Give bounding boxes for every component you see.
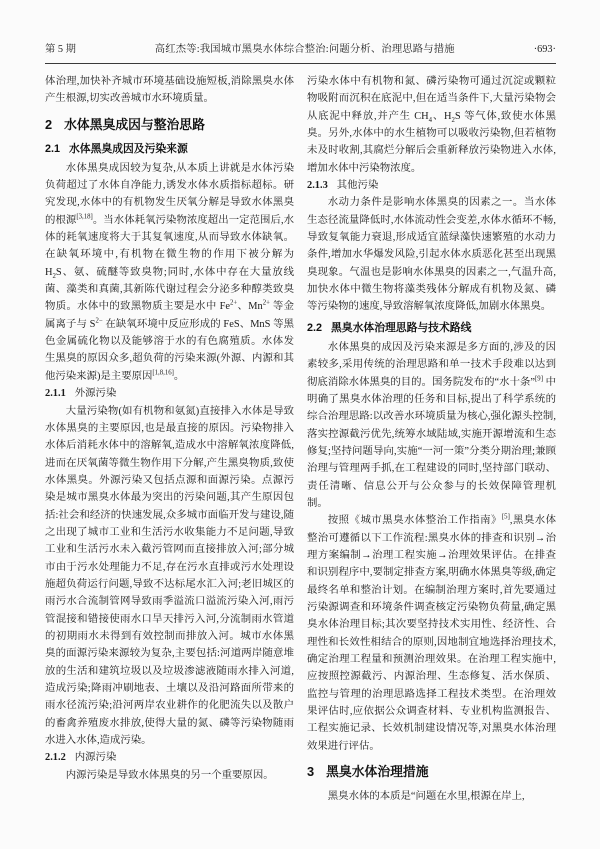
paragraph: 水体黑臭的成因及污染来源是多方面的,涉及的因素较多,采用传统的治理思路和单一技术… <box>307 339 556 512</box>
heading-number: 2.1.1 <box>45 388 66 399</box>
paragraph: 污染水体中有机物和氮、磷污染物可通过沉淀或颗粒物吸附而沉积在底泥中,但在适当条件… <box>307 73 556 177</box>
superscript: [5] <box>502 514 510 521</box>
superscript: [3,18] <box>76 213 92 220</box>
heading-text: 内源污染 <box>75 752 117 763</box>
section-heading: 2水体黑臭成因与整治思路 <box>45 116 294 134</box>
paragraph: 水体黑臭成因较为复杂,从本质上讲就是水体污染负荷超过了水体自净能力,诱发水体水质… <box>45 160 294 385</box>
left-column: 体治理,加快补齐城市环境基础设施短板,消除黑臭水体产生根源,切实改善城市水环境质… <box>45 73 294 805</box>
header-rule <box>45 63 556 64</box>
right-column: 污染水体中有机物和氮、磷污染物可通过沉淀或颗粒物吸附而沉积在底泥中,但在适当条件… <box>307 73 556 805</box>
paragraph: 大量污染物(如有机物和氨氮)直接排入水体是导致水体黑臭的主要原因,也是最直接的原… <box>45 403 294 750</box>
superscript: 2+ <box>230 300 237 307</box>
paragraph: 体治理,加快补齐城市环境基础设施短板,消除黑臭水体产生根源,切实改善城市水环境质… <box>45 73 294 108</box>
superscript: [1,8,16] <box>152 369 174 376</box>
heading-number: 2.2 <box>307 322 322 334</box>
heading-text: 其他污染 <box>337 180 379 191</box>
journal-issue: 第 5 期 <box>45 44 76 56</box>
section-heading: 2.1.3其他污染 <box>307 177 556 194</box>
heading-text: 水体黑臭成因及污染来源 <box>69 143 188 155</box>
heading-text: 外源污染 <box>75 388 117 399</box>
section-heading: 2.2黑臭水体治理思路与技术路线 <box>307 320 556 336</box>
superscript: 2− <box>95 317 102 324</box>
paragraph: 黑臭水体的本质是“问题在水里,根源在岸上, <box>307 788 556 805</box>
section-heading: 3黑臭水体治理措施 <box>307 763 556 781</box>
running-header: 第 5 期 高红杰等:我国城市黑臭水体综合整治:问题分析、治理思路与措施 ·69… <box>45 44 556 56</box>
heading-number: 2.1.2 <box>45 752 66 763</box>
heading-text: 黑臭水体治理思路与技术路线 <box>331 322 471 334</box>
section-heading: 2.1.1外源污染 <box>45 385 294 402</box>
paper-page: 第 5 期 高红杰等:我国城市黑臭水体综合整治:问题分析、治理思路与措施 ·69… <box>0 0 600 849</box>
heading-text: 黑臭水体治理措施 <box>326 764 428 779</box>
article-body: 体治理,加快补齐城市环境基础设施短板,消除黑臭水体产生根源,切实改善城市水环境质… <box>45 73 556 805</box>
subscript: 2 <box>53 273 56 280</box>
superscript: 2+ <box>263 300 270 307</box>
running-title: 高红杰等:我国城市黑臭水体综合整治:问题分析、治理思路与措施 <box>76 44 534 56</box>
heading-number: 3 <box>307 764 314 779</box>
paragraph: 水动力条件是影响水体黑臭的因素之一。当水体生态径流量降低时,水体流动性会变差,水… <box>307 194 556 315</box>
subscript: 2 <box>452 117 455 124</box>
heading-number: 2 <box>45 117 52 132</box>
heading-text: 水体黑臭成因与整治思路 <box>64 117 205 132</box>
heading-number: 2.1 <box>45 143 60 155</box>
section-heading: 2.1.2内源污染 <box>45 749 294 766</box>
section-heading: 2.1水体黑臭成因及污染来源 <box>45 141 294 157</box>
subscript: 4 <box>429 117 432 124</box>
paragraph: 按照《城市黑臭水体整治工作指南》[5],黑臭水体整治可遵循以下工作流程:黑臭水体… <box>307 512 556 755</box>
page-number: ·693· <box>534 44 556 56</box>
heading-number: 2.1.3 <box>307 180 328 191</box>
superscript: [9] <box>535 375 543 382</box>
paragraph: 内源污染是导致水体黑臭的另一个重要原因。 <box>45 767 294 784</box>
